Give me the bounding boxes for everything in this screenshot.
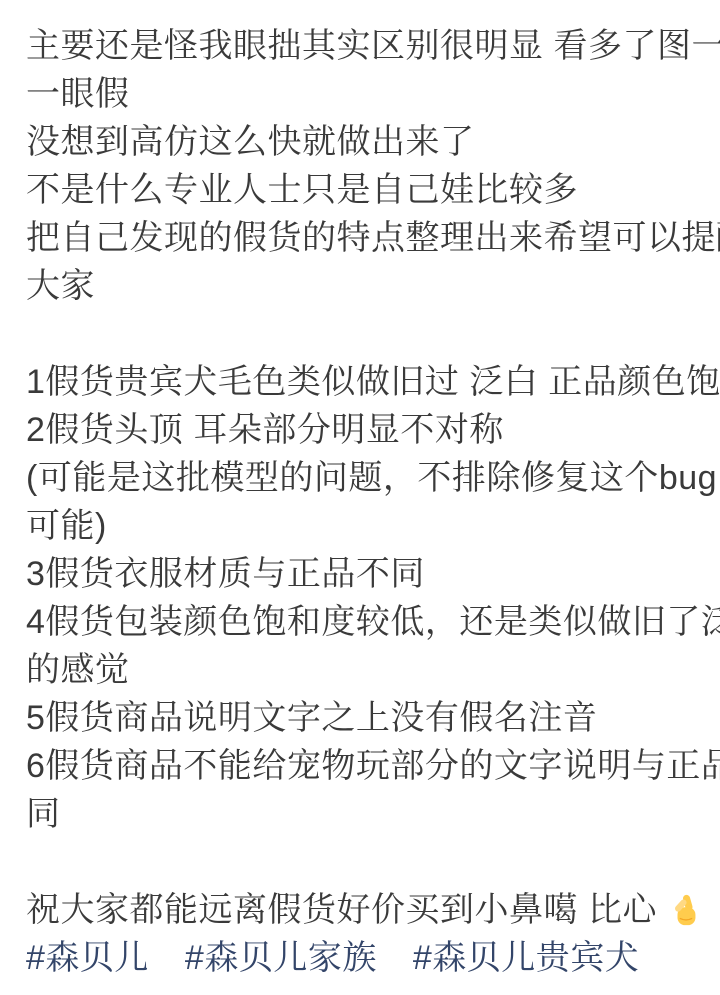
finger-heart-emoji (669, 894, 703, 928)
hashtag-link[interactable]: #森贝儿贵宾犬 (413, 934, 639, 982)
post-text-line: 可能) (26, 502, 702, 550)
hashtag-row: #森贝儿#森贝儿家族#森贝儿贵宾犬 (26, 934, 702, 982)
post-text-line: 2假货头顶 耳朵部分明显不对称 (26, 406, 702, 454)
post-text-line: 6假货商品不能给宠物玩部分的文字说明与正品不 (26, 742, 702, 790)
closing-text: 祝大家都能远离假货好价买到小鼻噶 比心 (26, 886, 667, 934)
hashtag-link[interactable]: #森贝儿家族 (185, 934, 377, 982)
post-text-line: 不是什么专业人士只是自己娃比较多 (26, 166, 702, 214)
post-text-line: 同 (26, 790, 702, 838)
post-text-line: (可能是这批模型的问题，不排除修复这个bug的 (26, 454, 702, 502)
post-text-line: 的感觉 (26, 646, 702, 694)
post-text-line: 大家 (26, 262, 702, 310)
post-body: 主要还是怪我眼拙其实区别很明显 看多了图一的一眼假没想到高仿这么快就做出来了不是… (0, 0, 720, 982)
post-text-line: 5假货商品说明文字之上没有假名注音 (26, 694, 702, 742)
closing-line: 祝大家都能远离假货好价买到小鼻噶 比心 (26, 886, 702, 934)
blank-line (26, 838, 702, 886)
post-text-line: 主要还是怪我眼拙其实区别很明显 看多了图一的 (26, 22, 702, 70)
post-text-line: 一眼假 (26, 70, 702, 118)
hashtag-link[interactable]: #森贝儿 (26, 934, 149, 982)
blank-line (26, 310, 702, 358)
post-text-line: 把自己发现的假货的特点整理出来希望可以提醒 (26, 214, 702, 262)
post-text-line: 1假货贵宾犬毛色类似做旧过 泛白 正品颜色饱满 (26, 358, 702, 406)
post-text-line: 3假货衣服材质与正品不同 (26, 550, 702, 598)
post-text-line: 4假货包装颜色饱和度较低，还是类似做旧了泛白 (26, 598, 702, 646)
post-content: 主要还是怪我眼拙其实区别很明显 看多了图一的一眼假没想到高仿这么快就做出来了不是… (26, 22, 702, 982)
post-text-line: 没想到高仿这么快就做出来了 (26, 118, 702, 166)
